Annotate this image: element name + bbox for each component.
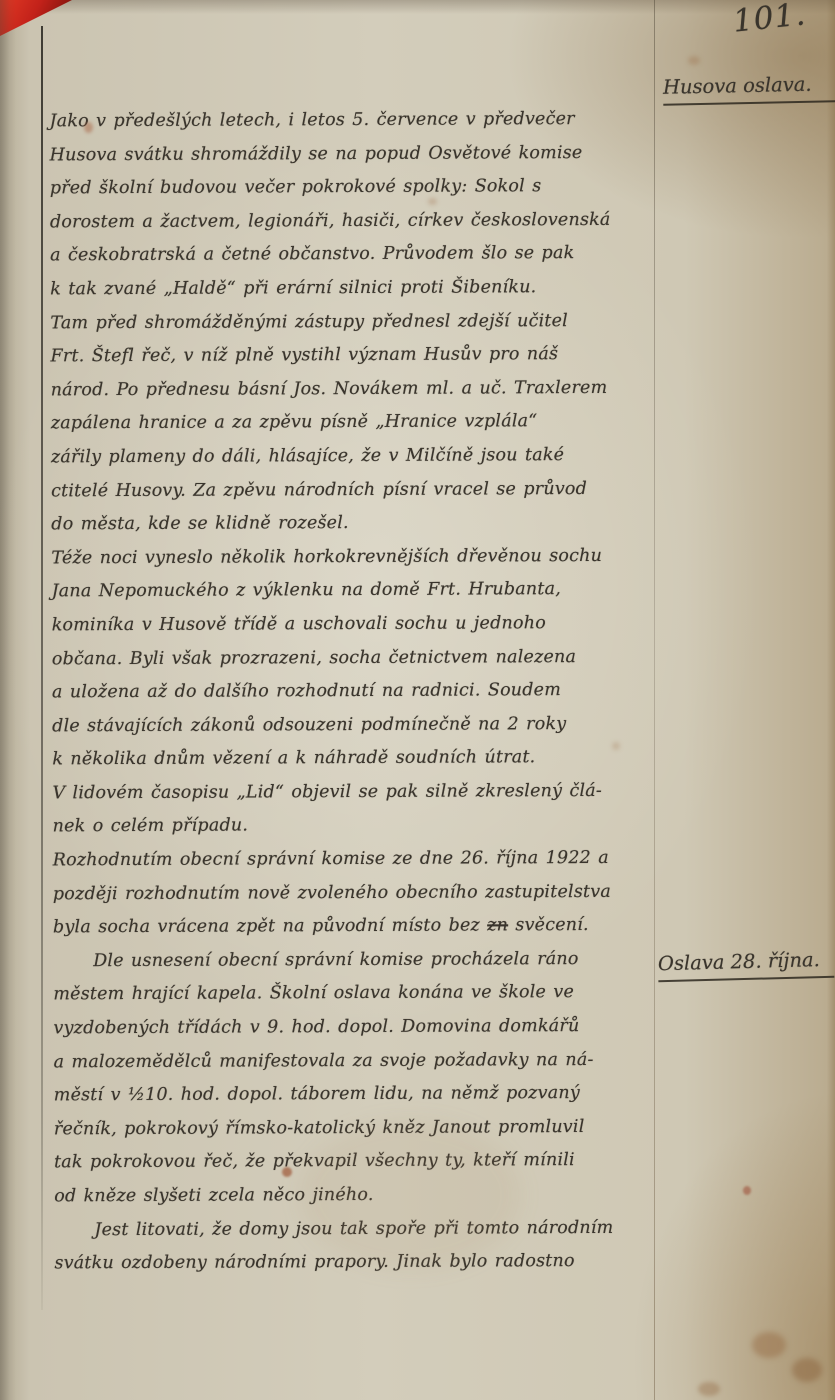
manuscript-line: Rozhodnutím obecní správní komise ze dne… (53, 842, 661, 878)
manuscript-line: Téže noci vyneslo několik horkokrevnější… (51, 539, 659, 575)
manuscript-line: dorostem a žactvem, legionáři, hasiči, c… (50, 203, 658, 239)
stain (743, 1186, 751, 1195)
stain (752, 1332, 786, 1358)
manuscript-line: Jana Nepomuckého z výklenku na domě Frt.… (51, 573, 659, 609)
manuscript-line: Jest litovati, že domy jsou tak spoře př… (54, 1211, 662, 1247)
manuscript-line: národ. Po přednesu básní Jos. Novákem ml… (51, 371, 659, 407)
manuscript-line: zapálena hranice a za zpěvu písně „Hrani… (51, 405, 659, 441)
manuscript-line: k několika dnům vězení a k náhradě soudn… (52, 741, 660, 777)
left-margin-rule (41, 26, 43, 1310)
manuscript-line: městí v ½10. hod. dopol. táborem lidu, n… (54, 1077, 662, 1113)
manuscript-line: kominíka v Husově třídě a uschovali soch… (52, 607, 660, 643)
margin-note-husova-oslava: Husova oslava. (663, 72, 835, 106)
manuscript-line: a uložena až do dalšího rozhodnutí na ra… (52, 674, 660, 710)
page-background: 101. Husova oslava. Oslava 28. října. Ja… (0, 0, 835, 1400)
manuscript-line: od kněze slyšeti zcela něco jiného. (54, 1178, 662, 1214)
manuscript-line: zářily plameny do dáli, hlásajíce, že v … (51, 439, 659, 475)
manuscript-line: občana. Byli však prozrazeni, socha četn… (52, 640, 660, 676)
manuscript-line: a malozemědělců manifestovala za svoje p… (54, 1043, 662, 1079)
manuscript-line: před školní budovou večer pokrokové spol… (50, 170, 658, 206)
left-edge-shadow (0, 0, 16, 1400)
manuscript-line: ctitelé Husovy. Za zpěvu národních písní… (51, 472, 659, 508)
manuscript-line: Husova svátku shromáždily se na popud Os… (50, 136, 658, 172)
stain (698, 1382, 720, 1396)
manuscript-line: řečník, pokrokový římsko-katolický kněz … (54, 1110, 662, 1146)
manuscript-line: později rozhodnutím nově zvoleného obecn… (53, 875, 661, 911)
manuscript-line: Frt. Štefl řeč, v níž plně vystihl význa… (50, 338, 658, 374)
manuscript-line: tak pokrokovou řeč, že překvapil všechny… (54, 1144, 662, 1180)
page-number: 101. (731, 0, 807, 40)
margin-note-oslava-28-rijna: Oslava 28. října. (658, 948, 835, 983)
struck-word: zn (487, 916, 508, 936)
manuscript-line: nek o celém případu. (53, 808, 661, 844)
manuscript-line: Tam před shromážděnými zástupy přednesl … (50, 304, 658, 340)
stain (688, 56, 700, 65)
manuscript-line: do města, kde se klidně rozešel. (51, 506, 659, 542)
manuscript-line: městem hrající kapela. Školní oslava kon… (53, 976, 661, 1012)
stain (792, 1358, 822, 1382)
manuscript-line: a českobratrská a četné občanstvo. Průvo… (50, 237, 658, 273)
manuscript-line: Jako v předešlých letech, i letos 5. čer… (49, 103, 657, 139)
manuscript-line-with-strikethrough: byla socha vrácena zpět na původní místo… (53, 909, 661, 945)
line-text: svěcení. (508, 915, 589, 935)
manuscript-line: V lidovém časopisu „Lid“ objevil se pak … (52, 775, 660, 811)
manuscript-line: dle stávajících zákonů odsouzeni podmíne… (52, 707, 660, 743)
manuscript-line: Dle usnesení obecní správní komise proch… (53, 943, 661, 979)
line-text: byla socha vrácena zpět na původní místo… (53, 916, 487, 938)
manuscript-line: k tak zvané „Haldě“ při erární silnici p… (50, 271, 658, 307)
manuscript-line: svátku ozdobeny národními prapory. Jinak… (54, 1245, 662, 1281)
manuscript-line: vyzdobených třídách v 9. hod. dopol. Dom… (53, 1010, 661, 1046)
manuscript-text: Jako v předešlých letech, i letos 5. čer… (49, 103, 662, 1281)
manuscript-photo: { "page": { "number": "101.", "margin_no… (0, 0, 835, 1400)
